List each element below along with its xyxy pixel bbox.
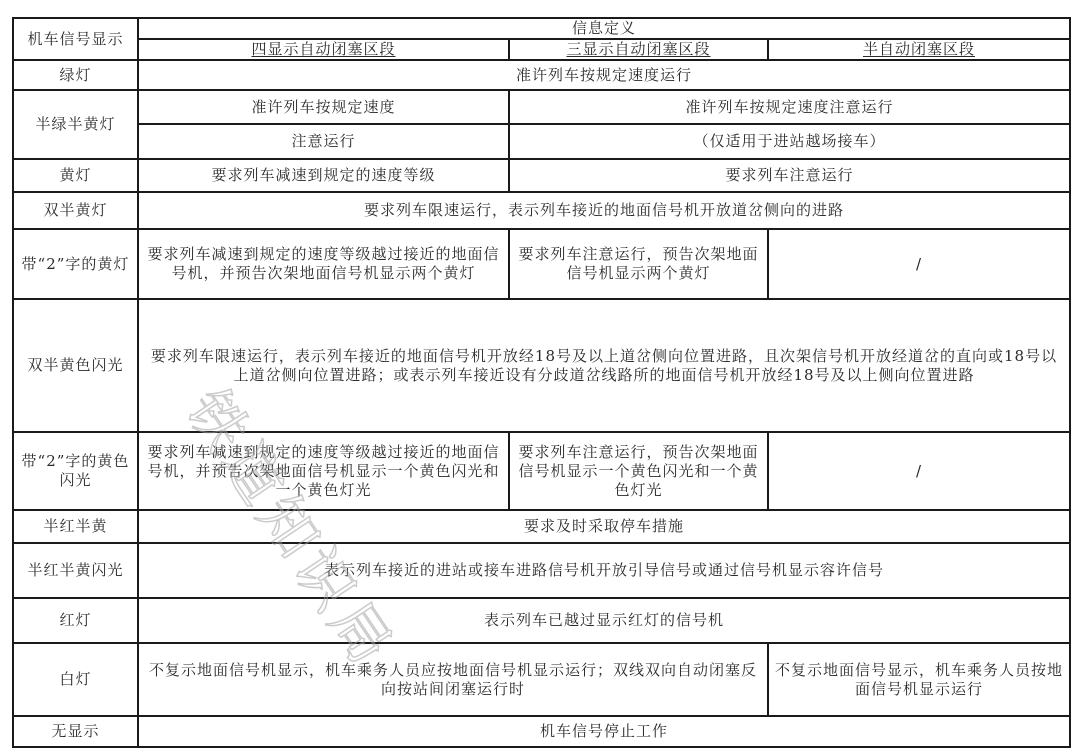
signal-name: 双半黄灯 — [13, 192, 138, 229]
definition-all: 表示列车接近的进站或接车进路信号机开放引导信号或通过信号机显示容许信号 — [138, 543, 1070, 598]
signal-name: 带“2”字的黄灯 — [13, 229, 138, 299]
signal-name: 绿灯 — [13, 60, 138, 90]
subheader-row: 四显示自动闭塞区段 三显示自动闭塞区段 半自动闭塞区段 — [13, 39, 1070, 60]
col-header-three-aspect: 三显示自动闭塞区段 — [509, 39, 768, 60]
locomotive-signal-table: 机车信号显示 信息定义 四显示自动闭塞区段 三显示自动闭塞区段 半自动闭塞区段 … — [12, 17, 1071, 748]
col-header-four-aspect: 四显示自动闭塞区段 — [138, 39, 509, 60]
definition-three-semi: 要求列车注意运行 — [509, 159, 1070, 192]
definition-three-semi: （仅适用于进站越场接车） — [509, 124, 1070, 159]
definition-semi-auto: / — [768, 432, 1070, 510]
table-row: 无显示 机车信号停止工作 — [13, 716, 1070, 747]
definition-three-aspect: 要求列车注意运行，预告次架地面信号机显示两个黄灯 — [509, 229, 768, 299]
definition-semi-auto: / — [768, 229, 1070, 299]
definition-four-aspect: 要求列车减速到规定的速度等级越过接近的地面信号机，并预告次架地面信号机显示一个黄… — [138, 432, 509, 510]
definition-four-aspect: 要求列车减速到规定的速度等级越过接近的地面信号机，并预告次架地面信号机显示两个黄… — [138, 229, 509, 299]
definition-semi-auto: 不复示地面信号显示，机车乘务人员按地面信号机显示运行 — [768, 643, 1070, 716]
row-header-signal-display: 机车信号显示 — [13, 18, 138, 60]
table-row: 黄灯 要求列车减速到规定的速度等级 要求列车注意运行 — [13, 159, 1070, 192]
definition-four-three: 不复示地面信号机显示，机车乘务人员应按地面信号机显示运行；双线双向自动闭塞反向按… — [138, 643, 768, 716]
table-row: 注意运行 （仅适用于进站越场接车） — [13, 124, 1070, 159]
col-header-semi-auto: 半自动闭塞区段 — [768, 39, 1070, 60]
signal-name: 半红半黄 — [13, 510, 138, 543]
table-row: 白灯 不复示地面信号机显示，机车乘务人员应按地面信号机显示运行；双线双向自动闭塞… — [13, 643, 1070, 716]
table-row: 半绿半黄灯 准许列车按规定速度 准许列车按规定速度注意运行 — [13, 90, 1070, 124]
table-row: 带“2”字的黄色闪光 要求列车减速到规定的速度等级越过接近的地面信号机，并预告次… — [13, 432, 1070, 510]
signal-name: 半绿半黄灯 — [13, 90, 138, 159]
definition-all: 要求列车限速运行，表示列车接近的地面信号机开放经18号及以上道岔侧向位置进路，且… — [138, 299, 1070, 432]
table-row: 绿灯 准许列车按规定速度运行 — [13, 60, 1070, 90]
definition-four-aspect: 要求列车减速到规定的速度等级 — [138, 159, 509, 192]
table-row: 双半黄色闪光 要求列车限速运行，表示列车接近的地面信号机开放经18号及以上道岔侧… — [13, 299, 1070, 432]
group-header-info-definition: 信息定义 — [138, 18, 1070, 39]
signal-name: 半红半黄闪光 — [13, 543, 138, 598]
signal-name: 黄灯 — [13, 159, 138, 192]
definition-all: 机车信号停止工作 — [138, 716, 1070, 747]
definition-three-aspect: 要求列车注意运行，预告次架地面信号机显示一个黄色闪光和一个黄色灯光 — [509, 432, 768, 510]
table-row: 红灯 表示列车已越过显示红灯的信号机 — [13, 598, 1070, 643]
definition-all: 准许列车按规定速度运行 — [138, 60, 1070, 90]
signal-name: 带“2”字的黄色闪光 — [13, 432, 138, 510]
table-row: 半红半黄 要求及时采取停车措施 — [13, 510, 1070, 543]
signal-name: 红灯 — [13, 598, 138, 643]
definition-all: 要求列车限速运行，表示列车接近的地面信号机开放道岔侧向的进路 — [138, 192, 1070, 229]
definition-three-semi: 准许列车按规定速度注意运行 — [509, 90, 1070, 124]
definition-all: 表示列车已越过显示红灯的信号机 — [138, 598, 1070, 643]
definition-all: 要求及时采取停车措施 — [138, 510, 1070, 543]
definition-four-aspect: 准许列车按规定速度 — [138, 90, 509, 124]
header-row: 机车信号显示 信息定义 — [13, 18, 1070, 39]
signal-name: 无显示 — [13, 716, 138, 747]
table-row: 双半黄灯 要求列车限速运行，表示列车接近的地面信号机开放道岔侧向的进路 — [13, 192, 1070, 229]
definition-four-aspect: 注意运行 — [138, 124, 509, 159]
table-row: 半红半黄闪光 表示列车接近的进站或接车进路信号机开放引导信号或通过信号机显示容许… — [13, 543, 1070, 598]
signal-name: 白灯 — [13, 643, 138, 716]
table-row: 带“2”字的黄灯 要求列车减速到规定的速度等级越过接近的地面信号机，并预告次架地… — [13, 229, 1070, 299]
signal-name: 双半黄色闪光 — [13, 299, 138, 432]
